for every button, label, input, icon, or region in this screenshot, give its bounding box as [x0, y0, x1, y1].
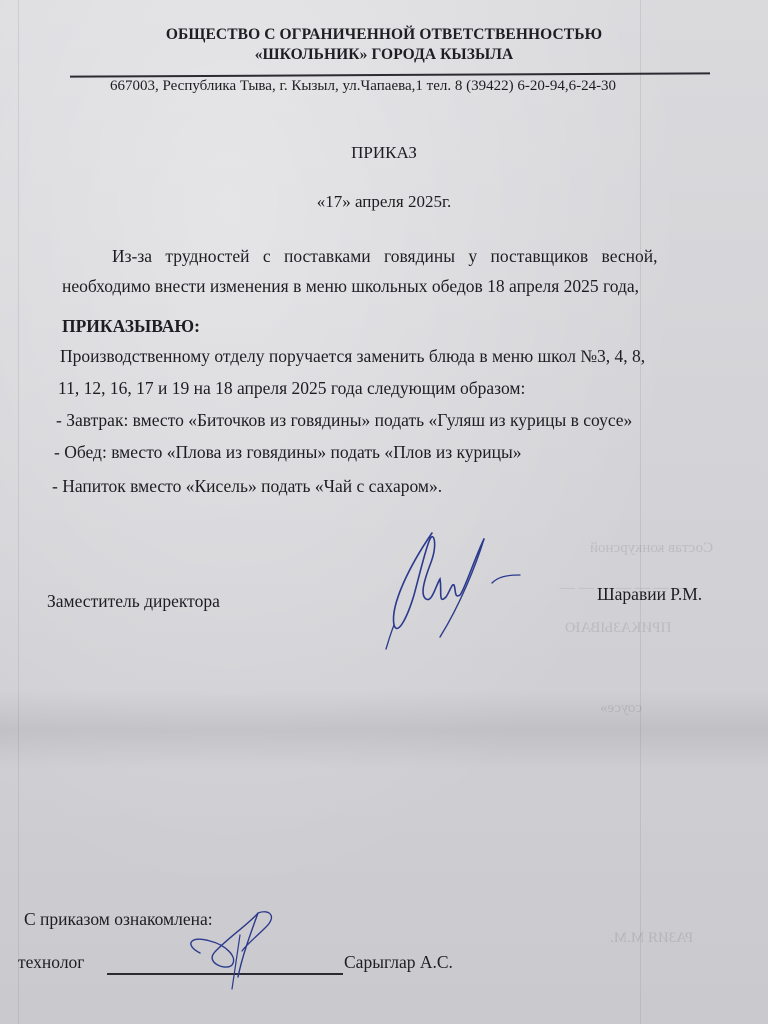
order-line-1: Производственному отделу поручается заме… — [60, 346, 645, 367]
show-through-text: Состав конкурсной — [590, 540, 713, 557]
technologist-signature-icon — [180, 905, 290, 995]
signer-position: Заместитель директора — [47, 591, 220, 612]
org-name-line-1: ОБЩЕСТВО С ОГРАНИЧЕННОЙ ОТВЕТСТВЕННОСТЬЮ — [0, 26, 768, 44]
show-through-text: РАЗИЯ М.М. — [610, 930, 693, 947]
show-through-text: соусе» — [600, 700, 642, 717]
order-heading: ПРИКАЗЫВАЮ: — [62, 316, 200, 337]
signer-name: Шаравии Р.М. — [597, 584, 702, 605]
org-name-line-2: «ШКОЛЬНИК» ГОРОДА КЫЗЫЛА — [0, 46, 768, 64]
acknowledger-name: Сарыглар А.С. — [344, 952, 453, 973]
menu-change-drink: - Напиток вместо «Кисель» подать «Чай с … — [52, 476, 442, 497]
menu-change-breakfast: - Завтрак: вместо «Биточков из говядины»… — [56, 410, 632, 431]
org-address: 667003, Республика Тыва, г. Кызыл, ул.Ча… — [110, 78, 616, 95]
show-through-text: ПРИКАЗЫВАЮ — [565, 620, 671, 637]
order-line-2: 11, 12, 16, 17 и 19 на 18 апреля 2025 го… — [58, 378, 525, 399]
preamble-line-2: необходимо внести изменения в меню школь… — [62, 276, 639, 297]
photo-shadow — [0, 690, 768, 770]
document-title: ПРИКАЗ — [0, 143, 768, 163]
acknowledger-position: технолог — [18, 952, 84, 973]
preamble-line-1: Из-за трудностей с поставками говядины у… — [112, 246, 658, 267]
document-date: «17» апреля 2025г. — [0, 192, 768, 212]
menu-change-lunch: - Обед: вместо «Плова из говядины» подат… — [54, 442, 522, 463]
director-signature-icon — [380, 525, 530, 655]
